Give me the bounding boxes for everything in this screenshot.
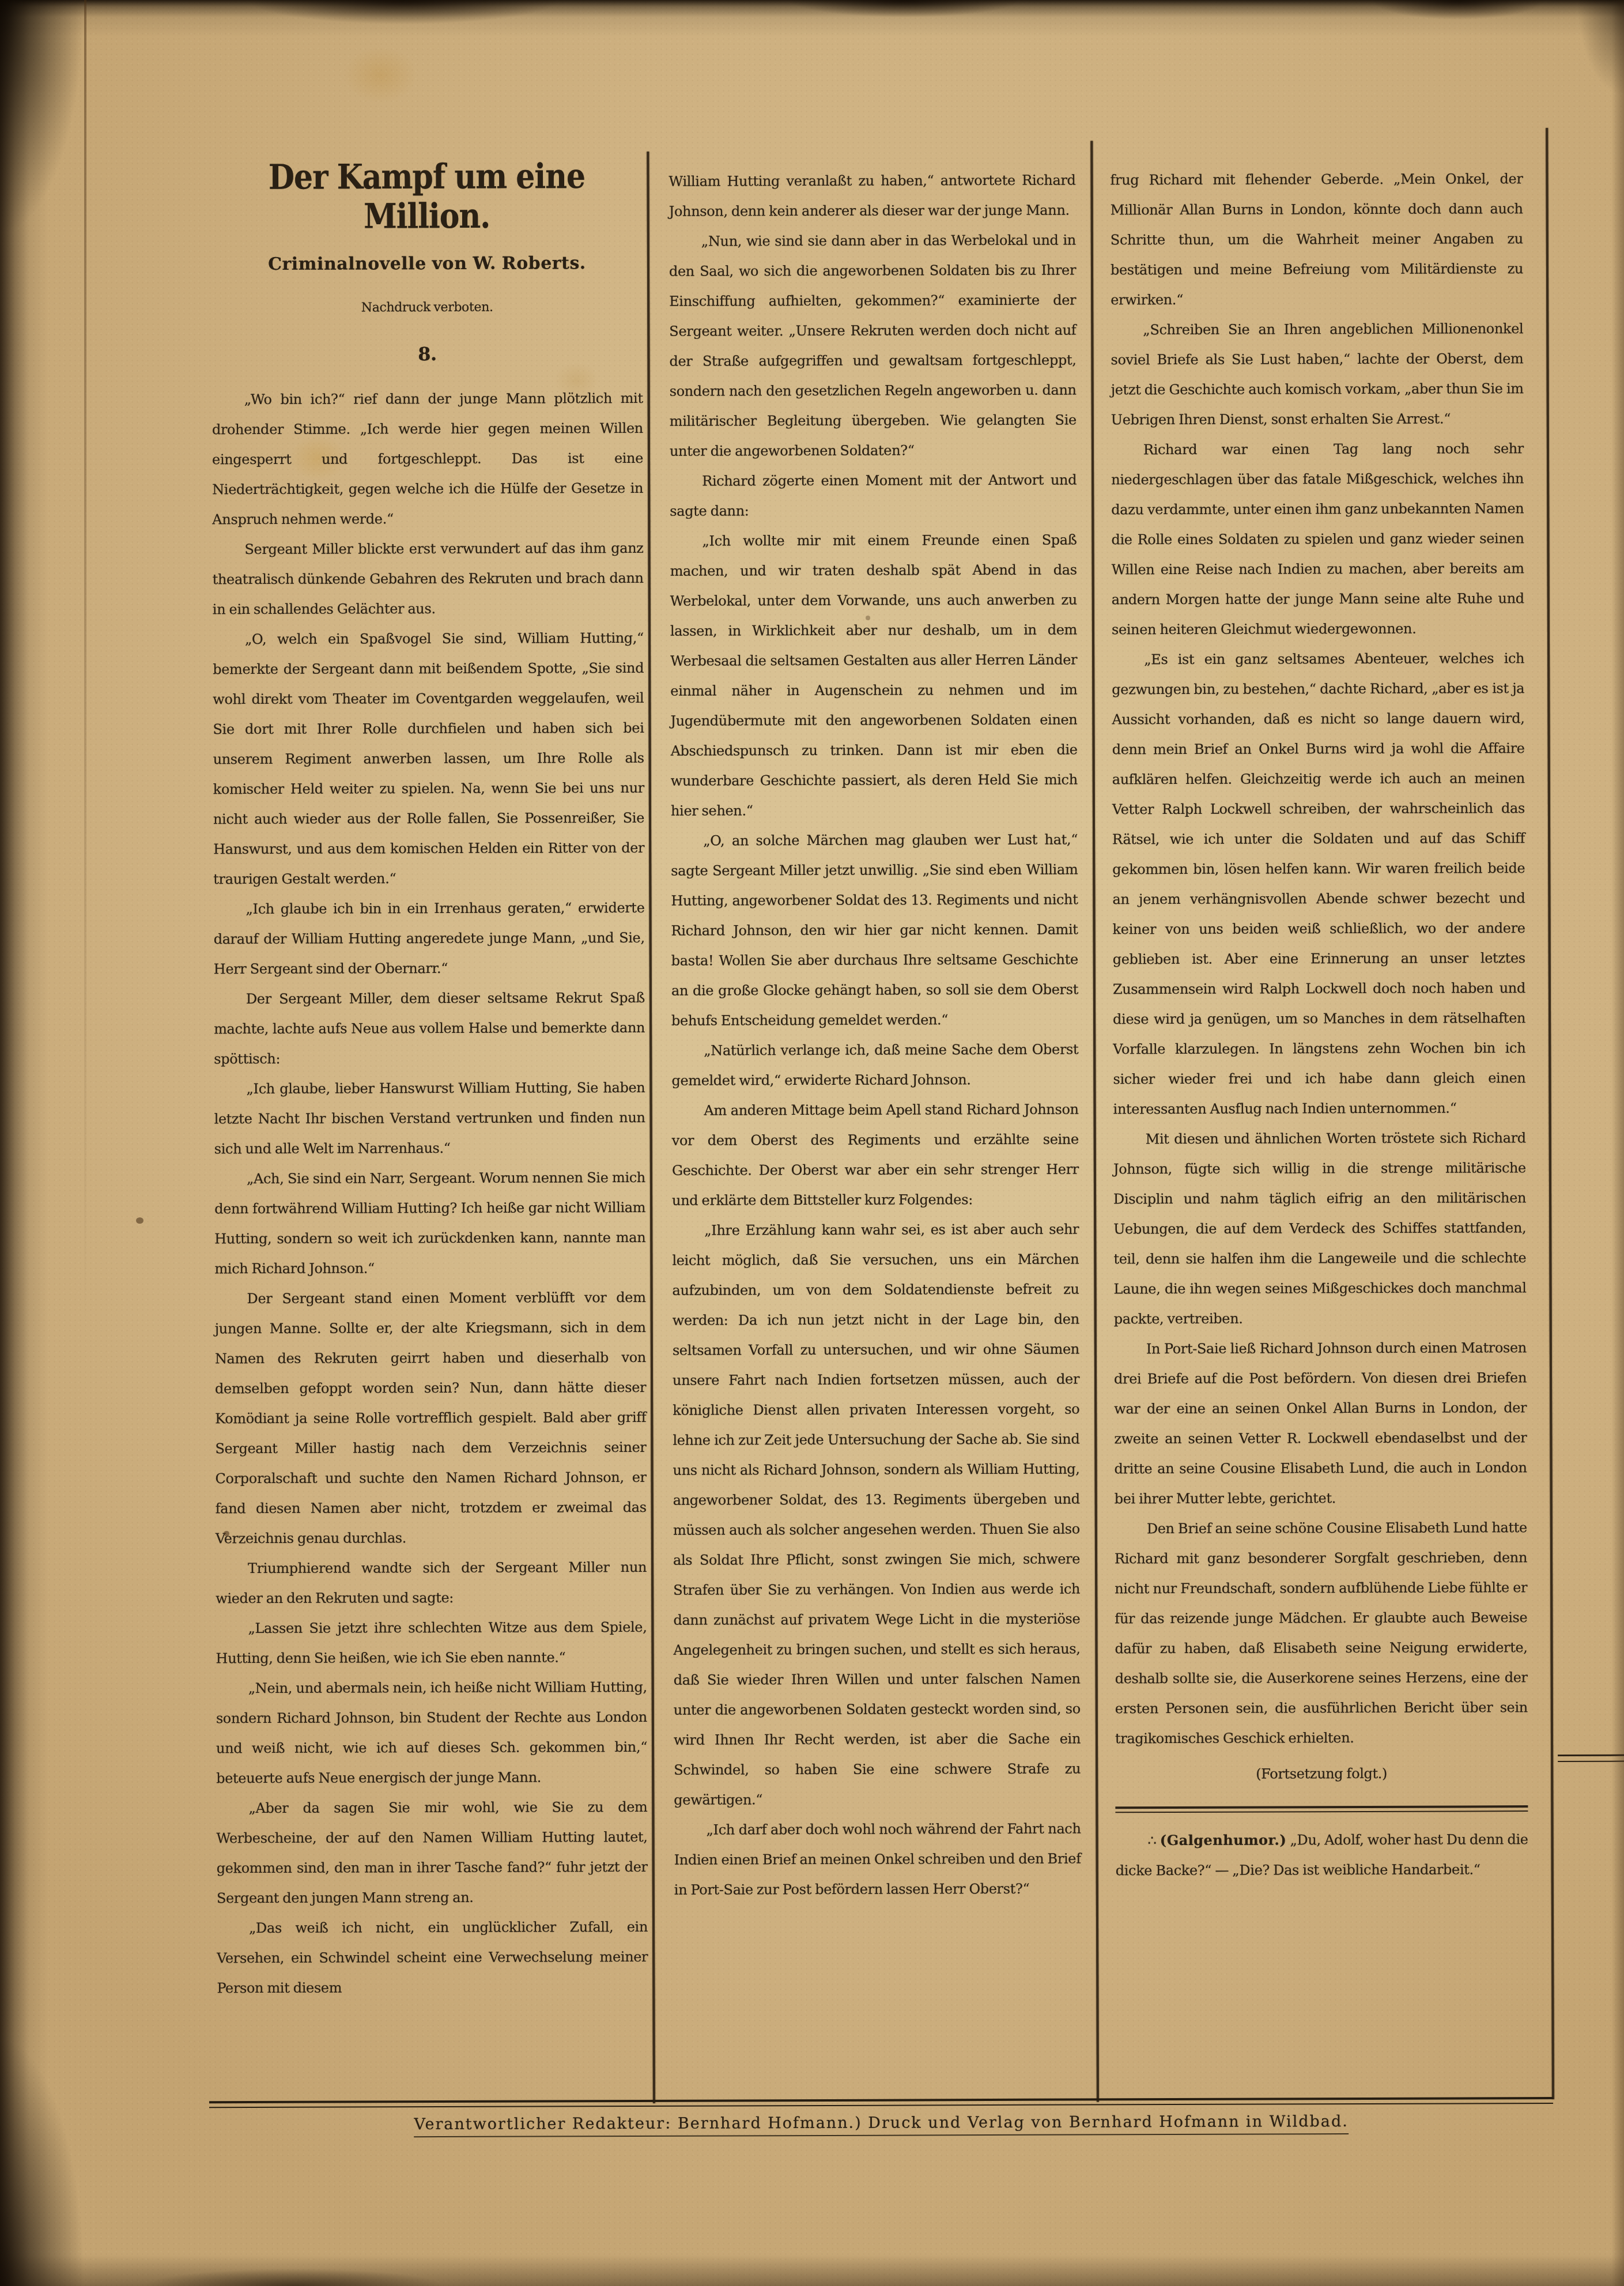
paragraph: William Hutting veranlaßt zu haben,“ ant… xyxy=(669,165,1075,227)
joke-mark: ∴ xyxy=(1148,1832,1157,1849)
paragraph: Der Sergeant Miller, dem dieser seltsame… xyxy=(214,983,645,1074)
paragraph: „Schreiben Sie an Ihren angeblichen Mill… xyxy=(1111,314,1524,435)
paragraph: „Lassen Sie jetzt ihre schlechten Witze … xyxy=(216,1612,647,1673)
joke-item: ∴ (Galgenhumor.) „Du, Adolf, woher hast … xyxy=(1115,1824,1528,1885)
paper-crease xyxy=(84,0,86,1326)
imprint-text: Verantwortlicher Redakteur: Bernhard Hof… xyxy=(414,2113,1348,2137)
article-subtitle: Criminalnovelle von W. Roberts. xyxy=(212,248,643,280)
page-content: Der Kampf um eine Million. Criminalnovel… xyxy=(0,0,1624,2286)
paragraph: Den Brief an seine schöne Cousine Elisab… xyxy=(1115,1512,1528,1753)
paragraph: „Ich wollte mir mit einem Freunde einen … xyxy=(670,525,1078,826)
paragraph: (Fortsetzung folgt.) xyxy=(1115,1758,1528,1789)
paragraph: „Nun, wie sind sie dann aber in das Werb… xyxy=(669,225,1077,466)
page-edge-shadow-left xyxy=(0,0,48,2286)
ink-speck xyxy=(224,1531,229,1536)
page-edge-blob xyxy=(1372,0,1544,20)
paragraph: „Natürlich verlange ich, daß meine Sache… xyxy=(671,1035,1078,1096)
paragraph: Richard zögerte einen Moment mit der Ant… xyxy=(670,465,1077,526)
article-header: Der Kampf um eine Million. Criminalnovel… xyxy=(211,167,643,369)
binding-shadow-top-left xyxy=(0,0,86,311)
paragraph: „Es ist ein ganz seltsames Abenteuer, we… xyxy=(1112,643,1526,1124)
paragraph: „Wo bin ich?“ rief dann der junge Mann p… xyxy=(212,383,644,534)
footer-rule xyxy=(209,2097,1553,2108)
paragraph: Triumphierend wandte sich der Sergeant M… xyxy=(216,1552,647,1613)
paragraph: „Ihre Erzählung kann wahr sei, es ist ab… xyxy=(672,1214,1081,1815)
column-rule-right xyxy=(1090,141,1099,2102)
column-1: Der Kampf um eine Million. Criminalnovel… xyxy=(211,167,648,2003)
article-title: Der Kampf um eine Million. xyxy=(211,157,642,237)
paragraph: Richard war einen Tag lang noch sehr nie… xyxy=(1111,433,1524,644)
column-3-text: frug Richard mit flehender Geberde. „Mei… xyxy=(1110,164,1528,1789)
column-2-text: William Hutting veranlaßt zu haben,“ ant… xyxy=(669,165,1081,1905)
column-rule-left xyxy=(647,152,655,2103)
paragraph: „Ich darf aber doch wohl noch während de… xyxy=(674,1814,1081,1905)
ink-speck xyxy=(136,1217,143,1224)
paragraph: „Ich glaube, lieber Hanswurst William Hu… xyxy=(214,1073,645,1164)
imprint-line: Verantwortlicher Redakteur: Bernhard Hof… xyxy=(209,2112,1553,2134)
paragraph: „O, welch ein Spaßvogel Sie sind, Willia… xyxy=(213,623,644,894)
chapter-number: 8. xyxy=(212,338,643,369)
newspaper-page-scan: Der Kampf um eine Million. Criminalnovel… xyxy=(0,0,1624,2286)
paragraph: „Ich glaube ich bin in ein Irrenhaus ger… xyxy=(213,893,644,984)
paragraph: Am anderen Mittage beim Apell stand Rich… xyxy=(671,1095,1079,1216)
page-edge-shadow-right xyxy=(1611,0,1624,2286)
page-edge-blob xyxy=(790,0,1020,17)
paragraph: Sergeant Miller blickte erst verwundert … xyxy=(212,533,643,624)
section-divider-rule xyxy=(1115,1805,1528,1813)
corner-shadow-top-right xyxy=(1572,0,1624,127)
reprint-notice: Nachdruck verboten. xyxy=(212,292,643,323)
joke-label: (Galgenhumor.) xyxy=(1160,1831,1287,1849)
page-edge-rule xyxy=(1546,128,1554,2099)
paragraph: In Port-Saie ließ Richard Johnson durch … xyxy=(1114,1333,1527,1514)
paragraph: „Das weiß ich nicht, ein unglücklicher Z… xyxy=(217,1912,648,2003)
column-1-text: „Wo bin ich?“ rief dann der junge Mann p… xyxy=(212,383,648,2003)
paragraph: „Aber da sagen Sie mir wohl, wie Sie zu … xyxy=(216,1792,648,1913)
paragraph: Der Sergeant stand einen Moment verblüff… xyxy=(215,1282,647,1553)
paragraph: Mit diesen und ähnlichen Worten tröstete… xyxy=(1113,1123,1527,1334)
binding-shadow-bottom-left xyxy=(0,1986,86,2286)
column-3: frug Richard mit flehender Geberde. „Mei… xyxy=(1110,164,1528,1885)
page-edge-shadow-bottom xyxy=(0,2255,1624,2286)
paragraph: „O, an solche Märchen mag glauben wer Lu… xyxy=(671,825,1078,1036)
page-edge-blob xyxy=(248,0,559,24)
ink-speck xyxy=(866,616,870,620)
column-2: William Hutting veranlaßt zu haben,“ ant… xyxy=(669,165,1081,1905)
paragraph: frug Richard mit flehender Geberde. „Mei… xyxy=(1110,164,1523,315)
paragraph: „Nein, und abermals nein, ich heiße nich… xyxy=(216,1672,648,1793)
paragraph: „Ach, Sie sind ein Narr, Sergeant. Worum… xyxy=(214,1163,646,1284)
